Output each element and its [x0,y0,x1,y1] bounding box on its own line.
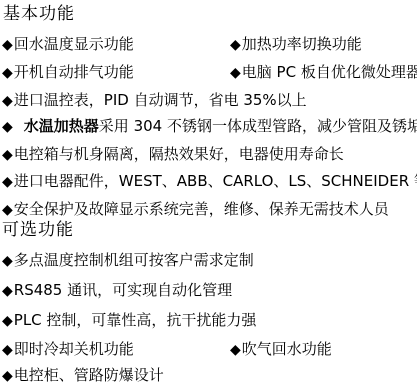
diamond-bullet-icon: ◆ [2,202,13,219]
section-heading-basic-functions: 基本功能 [3,5,75,24]
document-page: 基本功能 ◆回水温度显示功能 ◆加热功率切换功能 ◆开机自动排气功能 ◆电脑 P… [0,0,417,392]
feature-cell: ◆电脑 PC 板自优化微处理器 [230,64,417,82]
feature-row: ◆回水温度显示功能 ◆加热功率切换功能 [2,36,134,54]
heading-text: 基本功能 [3,4,75,24]
feature-text: 即时冷却关机功能 [14,340,134,358]
feature-text: 进口温控表，PID 自动调节，省电 35%以上 [14,91,307,109]
feature-cell: ◆即时冷却关机功能 [2,340,134,358]
feature-cell: ◆加热功率切换功能 [230,36,362,54]
feature-text: 电控柜、管路防爆设计 [14,366,164,384]
feature-text: 加热功率切换功能 [242,35,362,53]
feature-row: ◆进口电器配件，WEST、ABB、CARLO、LS、SCHNEIDER 等 [2,173,417,191]
feature-row: ◆电控柜、管路防爆设计 [2,367,164,385]
diamond-bullet-icon: ◆ [230,37,241,54]
diamond-bullet-icon: ◆ [230,342,241,359]
diamond-bullet-icon: ◆ [2,253,13,270]
feature-row: ◆电控箱与机身隔离，隔热效果好，电器使用寿命长 [2,146,344,164]
feature-text: 采用 304 不锈钢一体成型管路，减少管阻及锈垢 [99,117,417,135]
diamond-bullet-icon: ◆ [2,342,13,359]
feature-row: ◆进口温控表，PID 自动调节，省电 35%以上 [2,92,307,110]
feature-text: 电脑 PC 板自优化微处理器 [242,63,417,81]
feature-row: ◆水温加热器采用 304 不锈钢一体成型管路，减少管阻及锈垢 [2,118,417,136]
diamond-bullet-icon: ◆ [2,119,13,136]
feature-row: ◆安全保护及故障显示系统完善，维修、保养无需技术人员 [2,201,389,219]
diamond-bullet-icon: ◆ [2,147,13,164]
feature-text: 回水温度显示功能 [14,35,134,53]
feature-text: 开机自动排气功能 [14,63,134,81]
feature-cell: ◆开机自动排气功能 [2,63,134,81]
feature-cell: ◆吹气回水功能 [230,341,332,359]
diamond-bullet-icon: ◆ [2,174,13,191]
feature-text: 电控箱与机身隔离，隔热效果好，电器使用寿命长 [14,145,344,163]
feature-text: 多点温度控制机组可按客户需求定制 [14,251,254,269]
diamond-bullet-icon: ◆ [2,93,13,110]
feature-text-bold: 水温加热器 [24,117,99,135]
diamond-bullet-icon: ◆ [2,368,13,385]
feature-text: 进口电器配件，WEST、ABB、CARLO、LS、SCHNEIDER 等 [14,172,417,190]
feature-cell: ◆回水温度显示功能 [2,35,134,53]
feature-text: 吹气回水功能 [242,340,332,358]
heading-text: 可选功能 [2,220,74,240]
section-heading-optional-functions: 可选功能 [2,221,74,240]
diamond-bullet-icon: ◆ [230,65,241,82]
feature-row: ◆多点温度控制机组可按客户需求定制 [2,252,254,270]
diamond-bullet-icon: ◆ [2,37,13,54]
diamond-bullet-icon: ◆ [2,313,13,330]
feature-row: ◆RS485 通讯，可实现自动化管理 [2,282,232,300]
feature-text: RS485 通讯，可实现自动化管理 [14,281,232,299]
diamond-bullet-icon: ◆ [2,65,13,82]
feature-text: PLC 控制，可靠性高，抗干扰能力强 [14,311,257,329]
feature-row: ◆PLC 控制，可靠性高，抗干扰能力强 [2,312,256,330]
feature-text: 安全保护及故障显示系统完善，维修、保养无需技术人员 [14,200,389,218]
feature-row: ◆即时冷却关机功能 ◆吹气回水功能 [2,341,134,359]
diamond-bullet-icon: ◆ [2,283,13,300]
feature-row: ◆开机自动排气功能 ◆电脑 PC 板自优化微处理器 [2,64,134,82]
